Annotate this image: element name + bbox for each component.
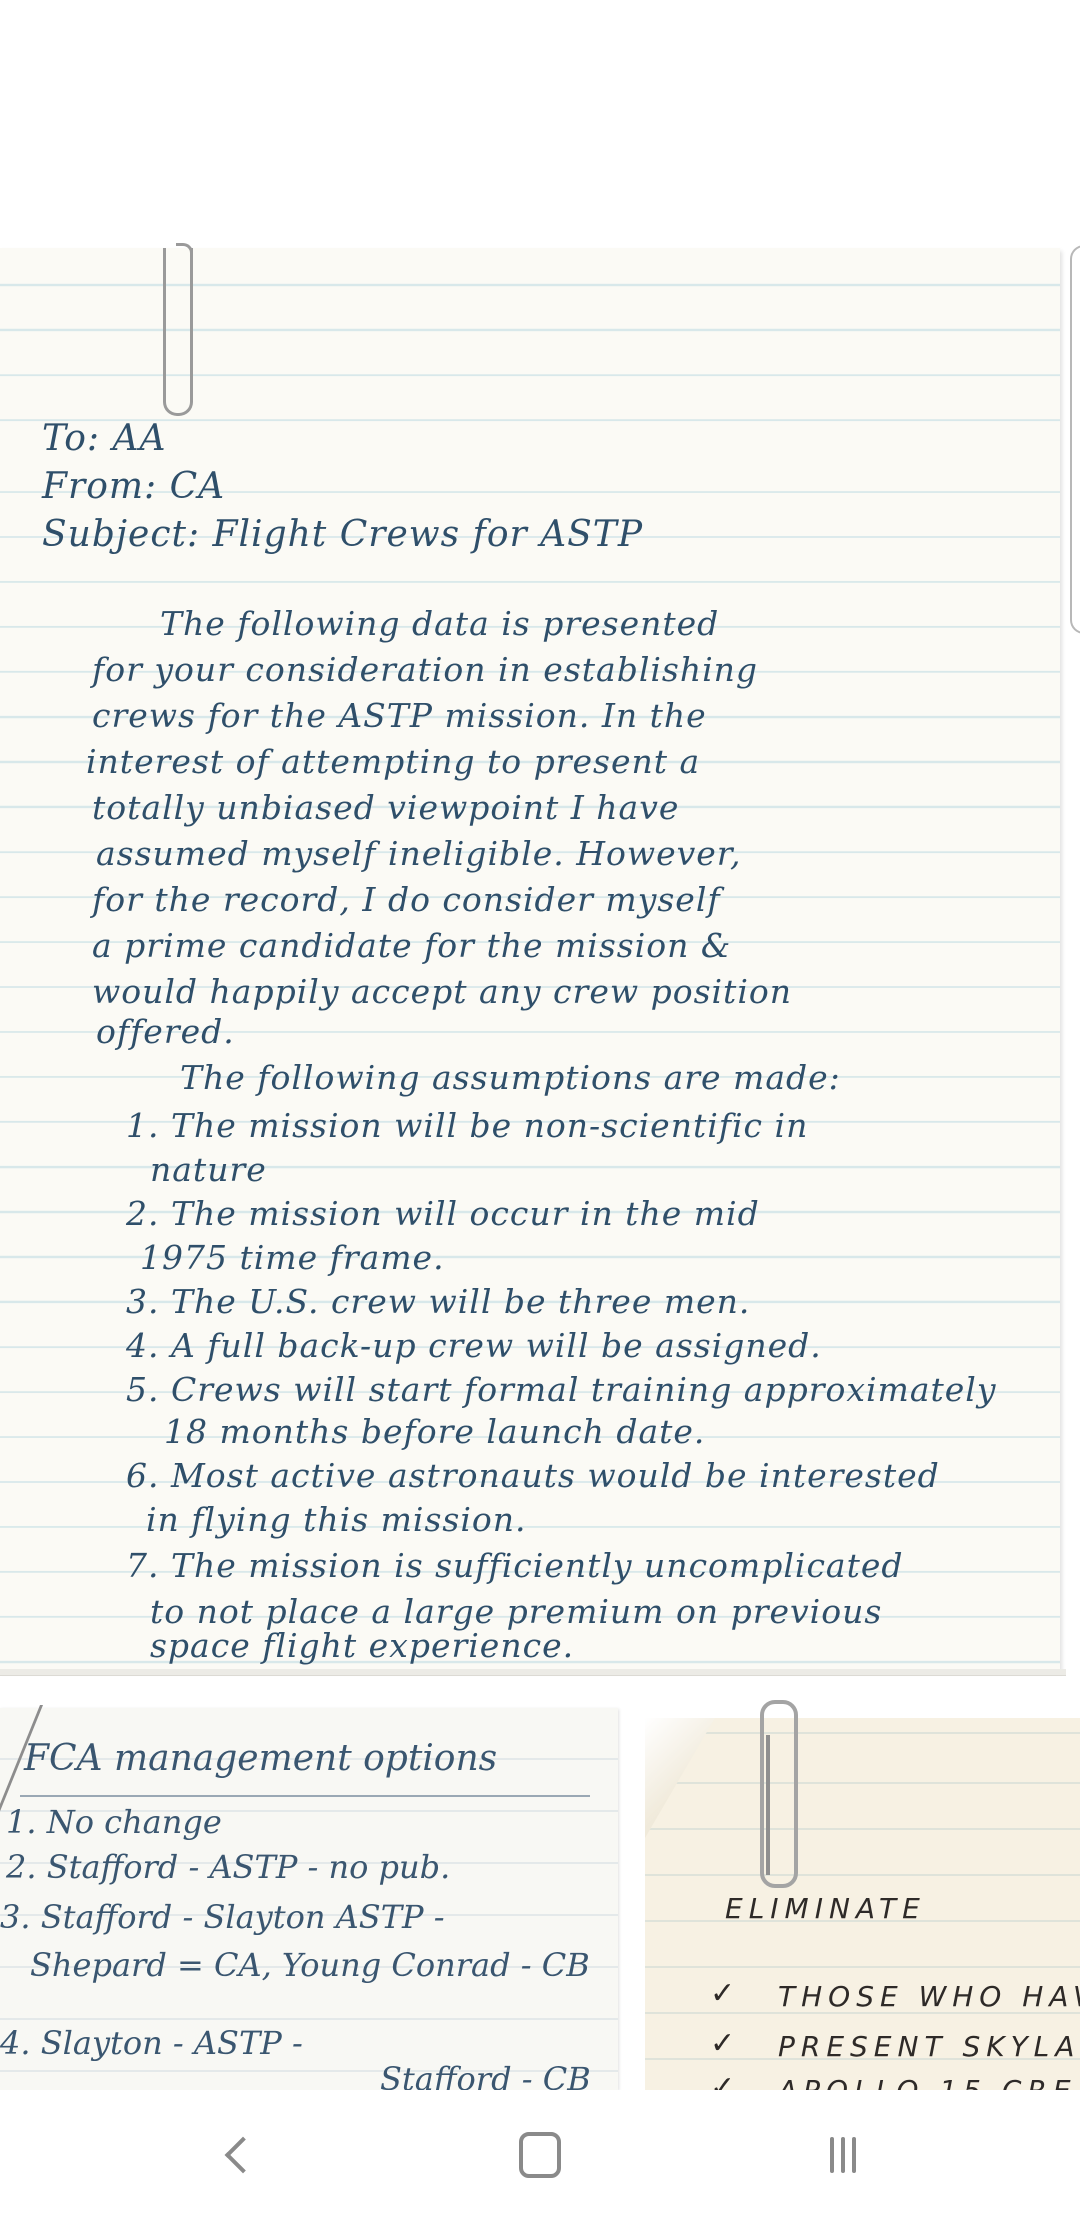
assumption-line: 1975 time frame. <box>140 1238 445 1277</box>
eliminate-item: PRESENT SKYLAB <box>778 2030 1080 2063</box>
checkmark-icon: ✓ <box>710 1976 735 2011</box>
assumption-line: in flying this mission. <box>146 1500 527 1539</box>
eliminate-item: THOSE WHO HAV <box>778 1980 1080 2013</box>
option-line: 1. No change <box>6 1803 222 1841</box>
paperclip-inner-icon <box>766 1735 780 1875</box>
assumption-line: 5. Crews will start formal training appr… <box>126 1370 997 1409</box>
assumption-line: 2. The mission will occur in the mid <box>126 1194 760 1233</box>
navigation-bar <box>0 2090 1080 2220</box>
paperclip-icon <box>163 248 193 416</box>
eliminate-item: APOLLO 15 CRE <box>778 2074 1077 2090</box>
assumption-line: 3. The U.S. crew will be three men. <box>126 1282 750 1321</box>
paragraph-line: a prime candidate for the mission & <box>92 926 731 965</box>
assumption-line: nature <box>150 1150 267 1189</box>
option-line: 3. Stafford - Slayton ASTP - <box>0 1898 445 1936</box>
checkmark-icon: ✓ <box>710 2070 735 2090</box>
paragraph-line: totally unbiased viewpoint I have <box>92 788 679 827</box>
paragraph-line: crews for the ASTP mission. In the <box>92 696 707 735</box>
home-button[interactable] <box>480 2090 600 2220</box>
paragraph-line: for the record, I do consider myself <box>92 880 721 919</box>
image-viewer[interactable]: To: AA From: CA Subject: Flight Crews fo… <box>0 0 1080 2090</box>
eliminate-title: ELIMINATE <box>725 1892 926 1925</box>
memo-from: From: CA <box>42 466 225 507</box>
memo-subject: Subject: Flight Crews for ASTP <box>42 514 643 555</box>
paragraph-line: The following data is presented <box>160 604 719 643</box>
paragraph-line: assumed myself ineligible. However, <box>96 834 741 873</box>
paragraph-line: offered. <box>96 1012 235 1051</box>
chevron-left-icon <box>225 2137 262 2174</box>
management-options-title: FCA management options <box>24 1738 497 1779</box>
option-line: 4. Slayton - ASTP - <box>0 2024 303 2062</box>
assumption-line: 6. Most active astronauts would be inter… <box>126 1456 940 1495</box>
assumption-line: 1. The mission will be non-scientific in <box>126 1106 808 1145</box>
option-line: Shepard = CA, Young Conrad - CB <box>30 1946 590 1984</box>
checkmark-icon: ✓ <box>710 2026 735 2061</box>
back-button[interactable] <box>177 2090 297 2220</box>
assumption-line: 4. A full back-up crew will be assigned. <box>126 1326 822 1365</box>
assumption-line: 7. The mission is sufficiently uncomplic… <box>126 1546 904 1585</box>
folded-corner <box>645 1718 715 1838</box>
assumption-line: space flight experience. <box>150 1626 574 1665</box>
assumptions-intro: The following assumptions are made: <box>180 1058 841 1097</box>
paragraph-line: interest of attempting to present a <box>86 742 700 781</box>
paragraph-line: for your consideration in establishing <box>92 650 758 689</box>
assumption-line: 18 months before launch date. <box>164 1412 705 1451</box>
paperclip-top-icon <box>176 243 193 260</box>
title-underline <box>20 1795 590 1797</box>
option-line: 2. Stafford - ASTP - no pub. <box>6 1848 450 1886</box>
edge-panel-handle[interactable] <box>1070 245 1080 634</box>
recents-button[interactable] <box>783 2090 903 2220</box>
option-line: Stafford - CB <box>380 2060 591 2090</box>
memo-to: To: AA <box>42 418 166 459</box>
recents-icon <box>830 2137 856 2173</box>
paragraph-line: would happily accept any crew position <box>92 972 792 1011</box>
home-icon <box>519 2132 561 2178</box>
